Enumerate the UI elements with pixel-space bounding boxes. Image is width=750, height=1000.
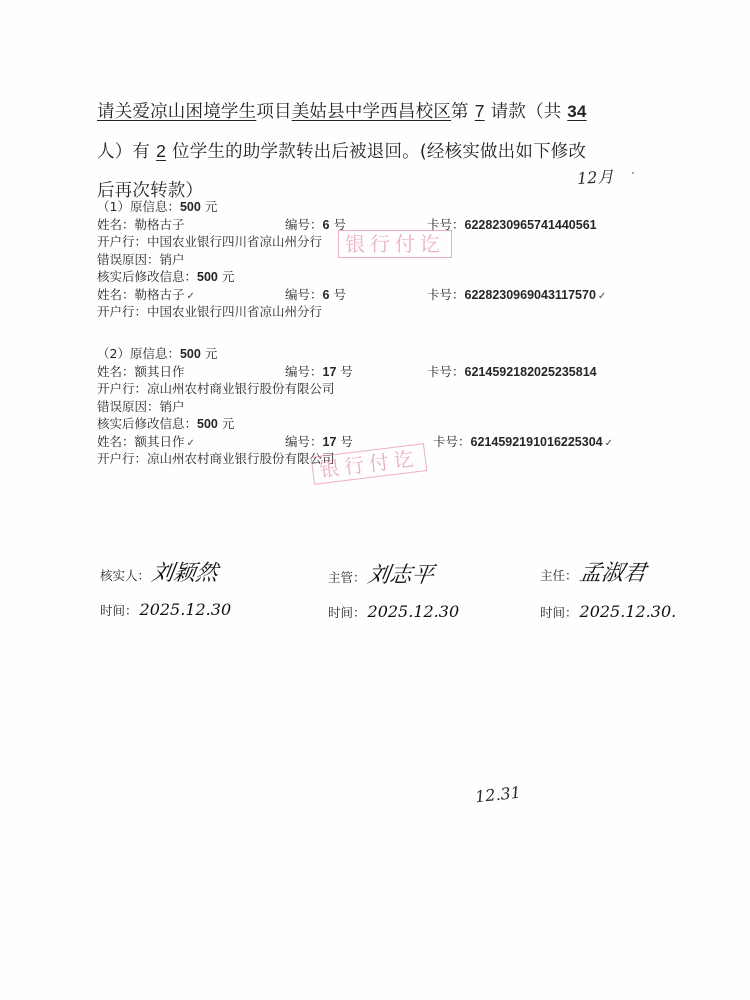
project-name: 请关爱凉山困境学生 (97, 102, 256, 122)
handwritten-date: 2025.12.30. (580, 602, 677, 621)
time-label: 时间： (328, 603, 366, 621)
original-info-row: 姓名：额其日作 编号：17 号 卡号：6214592182025235814 (97, 363, 657, 381)
line2-suffix: 位学生的助学款转出后被退回。(经核实做出如下修改 (172, 142, 586, 162)
bank-label: 开户行： (97, 381, 147, 396)
card-number: 6214592191016225304 (471, 435, 603, 449)
intro-line-2: 人）有2位学生的助学款转出后被退回。(经核实做出如下修改 (97, 132, 657, 172)
student-id: 17 (323, 365, 337, 379)
time-label: 时间： (100, 601, 138, 619)
bank-label: 开户行： (97, 234, 147, 249)
record-1: （1）原信息：500 元 姓名：勒格古子 编号：6 号 卡号：622823096… (97, 198, 657, 321)
record-header: （2）原信息：500 元 (97, 345, 657, 363)
revised-info-label: 核实后修改信息： (97, 416, 197, 431)
id-label: 编号： (285, 434, 323, 449)
ink-dot (632, 172, 634, 174)
revised-amount: 500 (197, 270, 218, 284)
checkmark-icon: ✓ (598, 291, 606, 302)
card-number: 6228230965741440561 (465, 218, 597, 232)
card-label: 卡号： (427, 364, 465, 379)
intro-paragraph: 请关爱凉山困境学生项目美姑县中学西昌校区第7请款（共 34 人）有2位学生的助学… (97, 92, 657, 211)
time-label: 时间： (540, 603, 578, 621)
bank-paid-stamp: 银行付讫 (338, 230, 452, 258)
bank-label: 开户行： (97, 451, 147, 466)
card-label: 卡号： (433, 434, 471, 449)
role-label: 核实人： (100, 566, 150, 584)
total-students: 34 (567, 102, 586, 121)
revised-info-row: 姓名：勒格古子✓ 编号：6 号 卡号：6228230969043117570✓ (97, 286, 657, 304)
id-label: 编号： (285, 217, 323, 232)
card-label: 卡号： (427, 287, 465, 302)
card-number: 6214592182025235814 (465, 365, 597, 379)
amount-unit: 元 (205, 199, 218, 214)
amount-unit: 元 (222, 269, 235, 284)
student-id: 17 (323, 435, 337, 449)
id-label: 编号： (285, 287, 323, 302)
revised-header: 核实后修改信息：500 元 (97, 268, 657, 286)
revised-info-row: 姓名：额其日作✓ 编号：17 号 卡号：6214592191016225304✓ (97, 433, 657, 451)
original-info-label: （1）原信息： (97, 199, 180, 214)
handwritten-signature: 刘颖然 (150, 556, 220, 587)
revised-header: 核实后修改信息：500 元 (97, 415, 657, 433)
revised-bank-row: 开户行：中国农业银行四川省凉山州分行 (97, 303, 657, 321)
original-amount: 500 (180, 347, 201, 361)
handwritten-date-note: 12.31 (474, 783, 522, 807)
bank-name: 中国农业银行四川省凉山州分行 (147, 234, 322, 249)
school-name: 美姑县中学西昌校区 (292, 102, 451, 122)
line2-prefix: 人）有 (97, 142, 150, 162)
checkmark-icon: ✓ (605, 438, 613, 449)
original-info-label: （2）原信息： (97, 346, 180, 361)
amount-unit: 元 (222, 416, 235, 431)
error-reason-row: 错误原因：销户 (97, 398, 657, 416)
name-label: 姓名： (97, 217, 135, 232)
id-unit: 号 (340, 364, 353, 379)
bank-label: 开户行： (97, 304, 147, 319)
project-suffix: 项目 (256, 102, 291, 122)
handwritten-signature: 刘志平 (365, 558, 435, 589)
bank-name: 中国农业银行四川省凉山州分行 (147, 304, 322, 319)
error-label: 错误原因： (97, 252, 160, 267)
card-number: 6228230969043117570 (465, 288, 596, 302)
bank-name: 凉山州农村商业银行股份有限公司 (147, 381, 335, 396)
name-label: 姓名： (97, 364, 135, 379)
role-label: 主任： (540, 566, 578, 584)
ordinal-suffix: 请款（共 (491, 102, 562, 122)
handwritten-date: 2025.12.30 (368, 602, 460, 621)
record-header: （1）原信息：500 元 (97, 198, 657, 216)
student-name: 勒格古子 (135, 287, 185, 302)
role-label: 主管： (328, 568, 366, 586)
returned-count: 2 (150, 132, 172, 171)
id-unit: 号 (333, 287, 346, 302)
document-page: 请关爱凉山困境学生项目美姑县中学西昌校区第7请款（共 34 人）有2位学生的助学… (0, 0, 750, 1000)
student-name: 额其日作 (135, 364, 185, 379)
student-id: 6 (323, 288, 330, 302)
original-amount: 500 (180, 200, 201, 214)
amount-unit: 元 (205, 346, 218, 361)
name-label: 姓名： (97, 287, 135, 302)
handwritten-date: 2025.12.30 (140, 600, 232, 619)
name-label: 姓名： (97, 434, 135, 449)
checkmark-icon: ✓ (187, 291, 195, 302)
id-label: 编号： (285, 364, 323, 379)
handwritten-month-note: 12月 (576, 164, 614, 189)
revised-info-label: 核实后修改信息： (97, 269, 197, 284)
id-unit: 号 (340, 434, 353, 449)
error-reason: 销户 (160, 399, 185, 414)
checkmark-icon: ✓ (187, 438, 195, 449)
ordinal-prefix: 第 (451, 102, 469, 122)
student-name: 额其日作 (135, 434, 185, 449)
error-reason: 销户 (160, 252, 185, 267)
student-name: 勒格古子 (135, 217, 185, 232)
original-bank-row: 开户行：凉山州农村商业银行股份有限公司 (97, 380, 657, 398)
student-id: 6 (323, 218, 330, 232)
error-label: 错误原因： (97, 399, 160, 414)
handwritten-signature: 孟淑君 (577, 556, 647, 587)
bank-name: 凉山州农村商业银行股份有限公司 (147, 451, 335, 466)
intro-line-1: 请关爱凉山困境学生项目美姑县中学西昌校区第7请款（共 34 (97, 92, 657, 132)
revised-amount: 500 (197, 417, 218, 431)
batch-number: 7 (469, 92, 491, 131)
